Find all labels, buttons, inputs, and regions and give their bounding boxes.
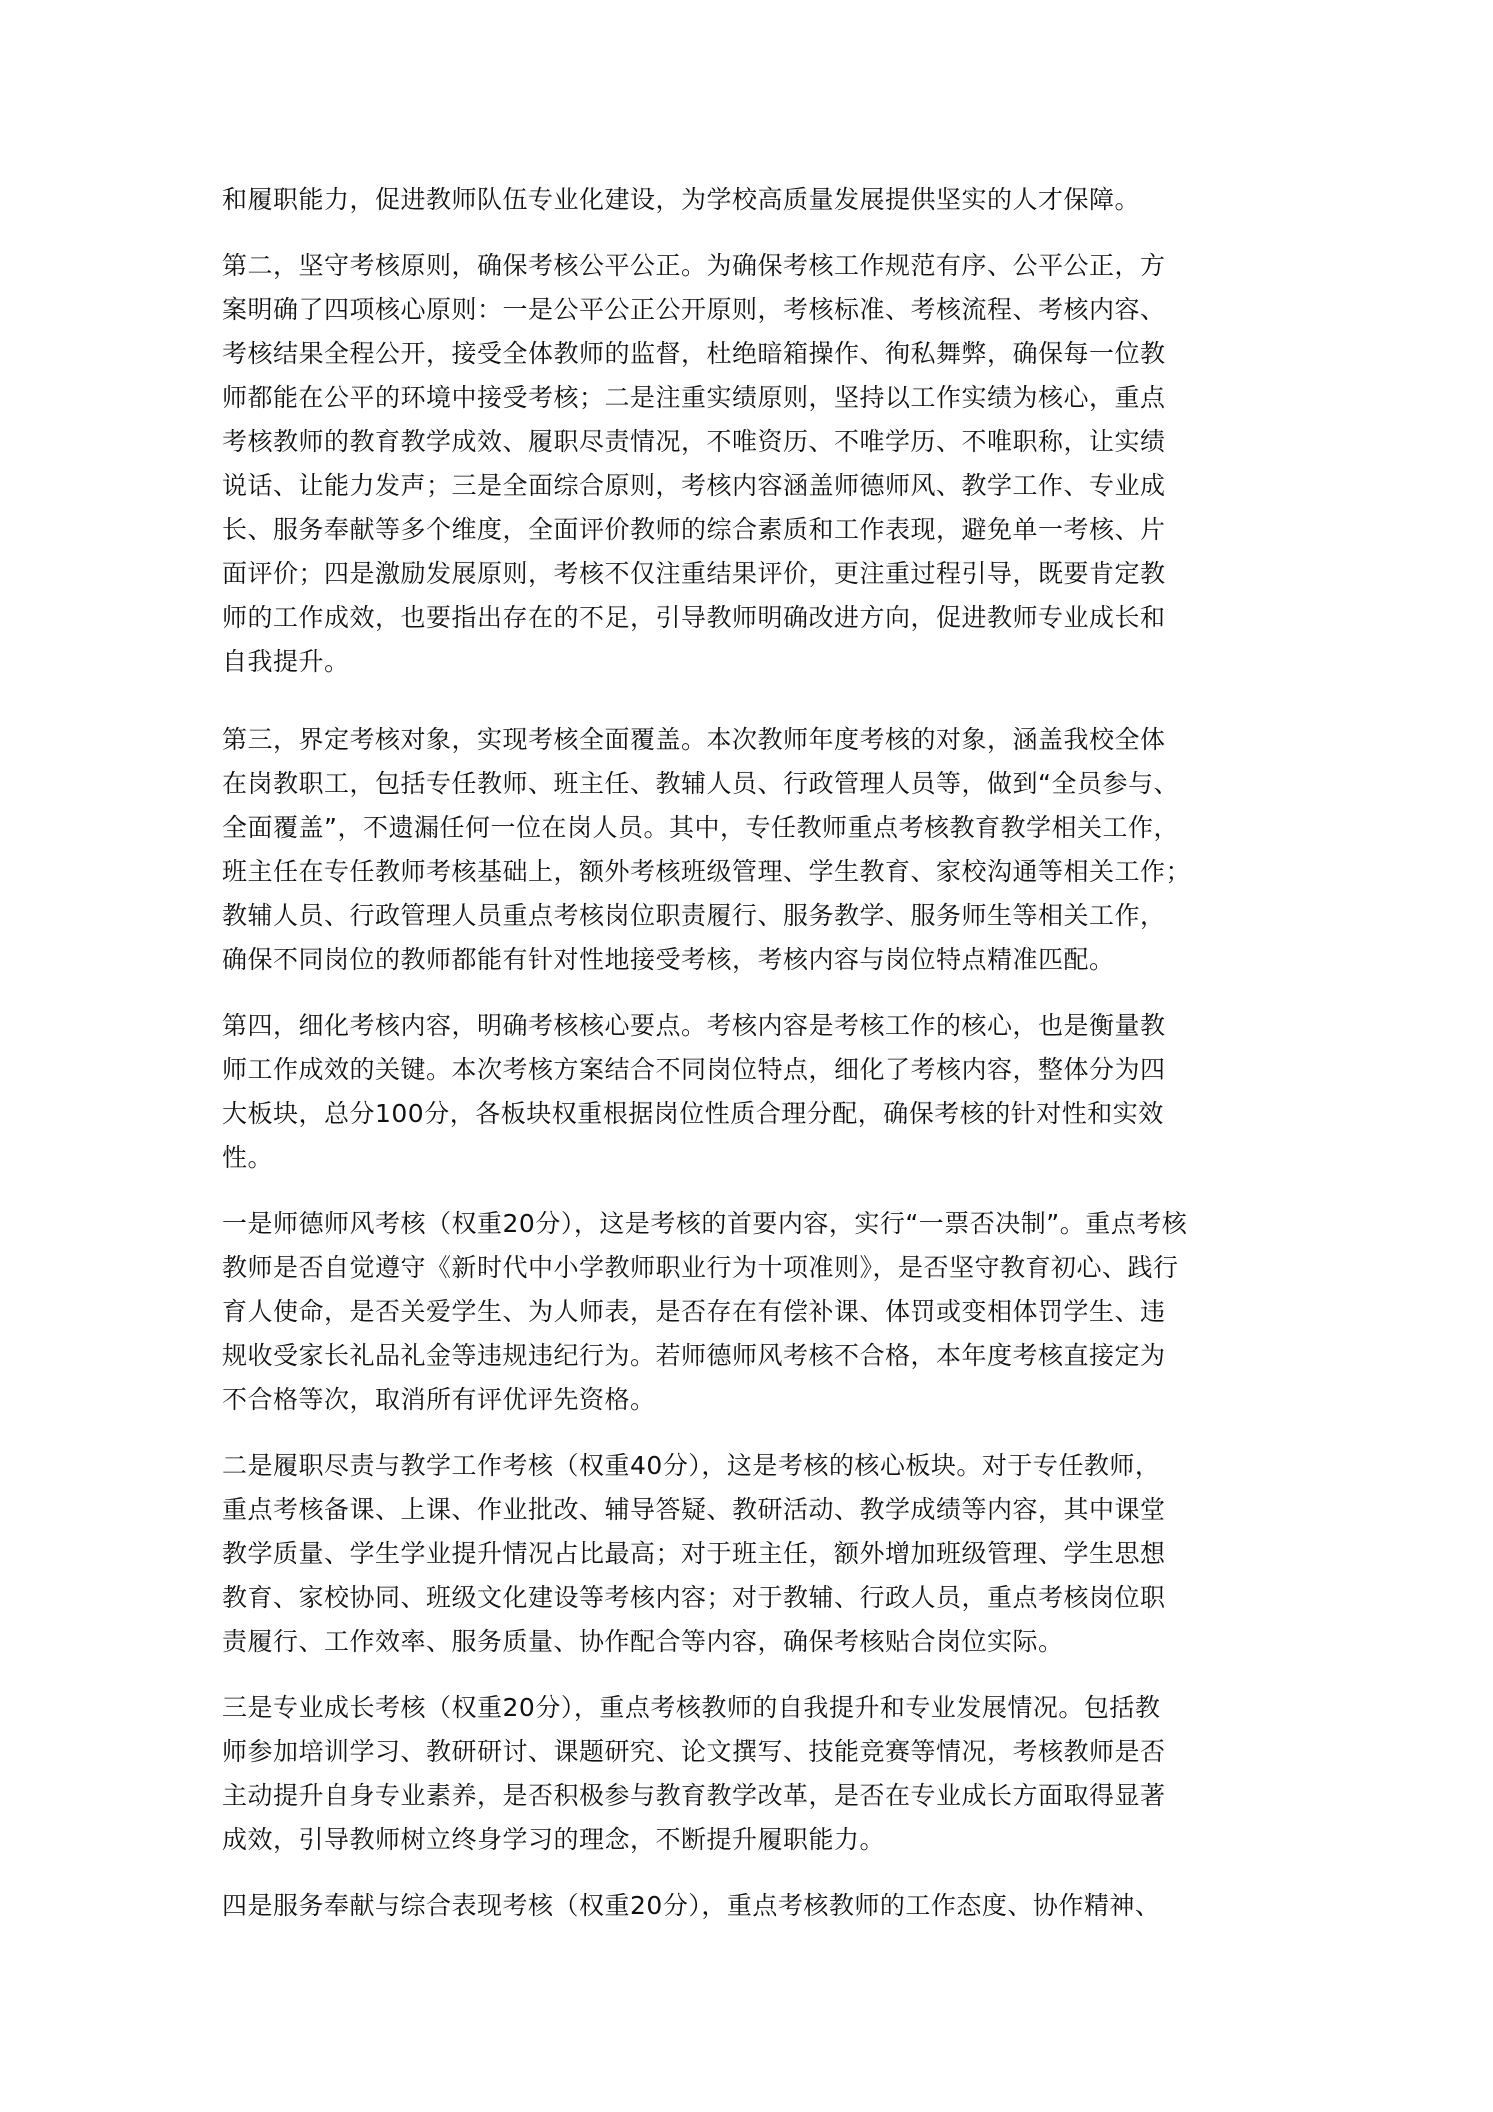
text-line: 一是师德师风考核（权重20分），这是考核的首要内容，实行“一票否决制”。重点考核 [222, 1202, 1302, 1246]
text-line: 不合格等次，取消所有评优评先资格。 [222, 1378, 1302, 1422]
text-line: 第二，坚守考核原则，确保考核公平公正。为确保考核工作规范有序、公平公正，方 [222, 244, 1302, 288]
document-page: 和履职能力，促进教师队伍专业化建设，为学校高质量发展提供坚实的人才保障。 第二，… [222, 178, 1302, 1928]
text-line: 主动提升自身专业素养，是否积极参与教育教学改革，是否在专业成长方面取得显著 [222, 1774, 1302, 1818]
text-line: 考核结果全程公开，接受全体教师的监督，杜绝暗箱操作、徇私舞弊，确保每一位教 [222, 332, 1302, 376]
text-line: 面评价；四是激励发展原则，考核不仅注重结果评价，更注重过程引导，既要肯定教 [222, 552, 1302, 596]
text-line: 三是专业成长考核（权重20分），重点考核教师的自我提升和专业发展情况。包括教 [222, 1686, 1302, 1730]
text-line: 和履职能力，促进教师队伍专业化建设，为学校高质量发展提供坚实的人才保障。 [222, 178, 1302, 222]
text-line: 大板块，总分100分，各板块权重根据岗位性质合理分配，确保考核的针对性和实效 [222, 1092, 1302, 1136]
text-line: 考核教师的教育教学成效、履职尽责情况，不唯资历、不唯学历、不唯职称，让实绩 [222, 420, 1302, 464]
text-line: 第三，界定考核对象，实现考核全面覆盖。本次教师年度考核的对象，涵盖我校全体 [222, 718, 1302, 762]
text-line: 师工作成效的关键。本次考核方案结合不同岗位特点，细化了考核内容，整体分为四 [222, 1048, 1302, 1092]
text-line: 重点考核备课、上课、作业批改、辅导答疑、教研活动、教学成绩等内容，其中课堂 [222, 1488, 1302, 1532]
text-line: 班主任在专任教师考核基础上，额外考核班级管理、学生教育、家校沟通等相关工作； [222, 850, 1302, 894]
text-line: 第四，细化考核内容，明确考核核心要点。考核内容是考核工作的核心，也是衡量教 [222, 1004, 1302, 1048]
text-line: 自我提升。 [222, 640, 1302, 684]
paragraph-second-principles: 第二，坚守考核原则，确保考核公平公正。为确保考核工作规范有序、公平公正，方 案明… [222, 244, 1302, 684]
paragraph-fourth-content: 第四，细化考核内容，明确考核核心要点。考核内容是考核工作的核心，也是衡量教 师工… [222, 1004, 1302, 1180]
text-line: 全面覆盖”，不遗漏任何一位在岗人员。其中，专任教师重点考核教育教学相关工作， [222, 806, 1302, 850]
text-line: 性。 [222, 1136, 1302, 1180]
text-line: 育人使命，是否关爱学生、为人师表，是否存在有偿补课、体罚或变相体罚学生、违 [222, 1290, 1302, 1334]
paragraph-item-1-ethics: 一是师德师风考核（权重20分），这是考核的首要内容，实行“一票否决制”。重点考核… [222, 1202, 1302, 1422]
text-line: 师的工作成效，也要指出存在的不足，引导教师明确改进方向，促进教师专业成长和 [222, 596, 1302, 640]
text-line: 师参加培训学习、教研研讨、课题研究、论文撰写、技能竞赛等情况，考核教师是否 [222, 1730, 1302, 1774]
text-line: 成效，引导教师树立终身学习的理念，不断提升履职能力。 [222, 1818, 1302, 1862]
text-line: 二是履职尽责与教学工作考核（权重40分），这是考核的核心板块。对于专任教师， [222, 1444, 1302, 1488]
text-line: 责履行、工作效率、服务质量、协作配合等内容，确保考核贴合岗位实际。 [222, 1620, 1302, 1664]
paragraph-item-3-growth: 三是专业成长考核（权重20分），重点考核教师的自我提升和专业发展情况。包括教 师… [222, 1686, 1302, 1862]
text-line: 师都能在公平的环境中接受考核；二是注重实绩原则，坚持以工作实绩为核心，重点 [222, 376, 1302, 420]
paragraph-item-4-service: 四是服务奉献与综合表现考核（权重20分），重点考核教师的工作态度、协作精神、 [222, 1884, 1302, 1928]
paragraph-item-2-duties: 二是履职尽责与教学工作考核（权重40分），这是考核的核心板块。对于专任教师， 重… [222, 1444, 1302, 1664]
text-line: 案明确了四项核心原则：一是公平公正公开原则，考核标准、考核流程、考核内容、 [222, 288, 1302, 332]
text-line: 在岗教职工，包括专任教师、班主任、教辅人员、行政管理人员等，做到“全员参与、 [222, 762, 1302, 806]
paragraph-third-targets: 第三，界定考核对象，实现考核全面覆盖。本次教师年度考核的对象，涵盖我校全体 在岗… [222, 718, 1302, 982]
text-line: 教师是否自觉遵守《新时代中小学教师职业行为十项准则》，是否坚守教育初心、践行 [222, 1246, 1302, 1290]
text-line: 四是服务奉献与综合表现考核（权重20分），重点考核教师的工作态度、协作精神、 [222, 1884, 1302, 1928]
text-line: 确保不同岗位的教师都能有针对性地接受考核，考核内容与岗位特点精准匹配。 [222, 938, 1302, 982]
text-line: 规收受家长礼品礼金等违规违纪行为。若师德师风考核不合格，本年度考核直接定为 [222, 1334, 1302, 1378]
text-line: 教学质量、学生学业提升情况占比最高；对于班主任，额外增加班级管理、学生思想 [222, 1532, 1302, 1576]
text-line: 教育、家校协同、班级文化建设等考核内容；对于教辅、行政人员，重点考核岗位职 [222, 1576, 1302, 1620]
paragraph-intro-tail: 和履职能力，促进教师队伍专业化建设，为学校高质量发展提供坚实的人才保障。 [222, 178, 1302, 222]
text-line: 长、服务奉献等多个维度，全面评价教师的综合素质和工作表现，避免单一考核、片 [222, 508, 1302, 552]
text-line: 教辅人员、行政管理人员重点考核岗位职责履行、服务教学、服务师生等相关工作， [222, 894, 1302, 938]
text-line: 说话、让能力发声；三是全面综合原则，考核内容涵盖师德师风、教学工作、专业成 [222, 464, 1302, 508]
